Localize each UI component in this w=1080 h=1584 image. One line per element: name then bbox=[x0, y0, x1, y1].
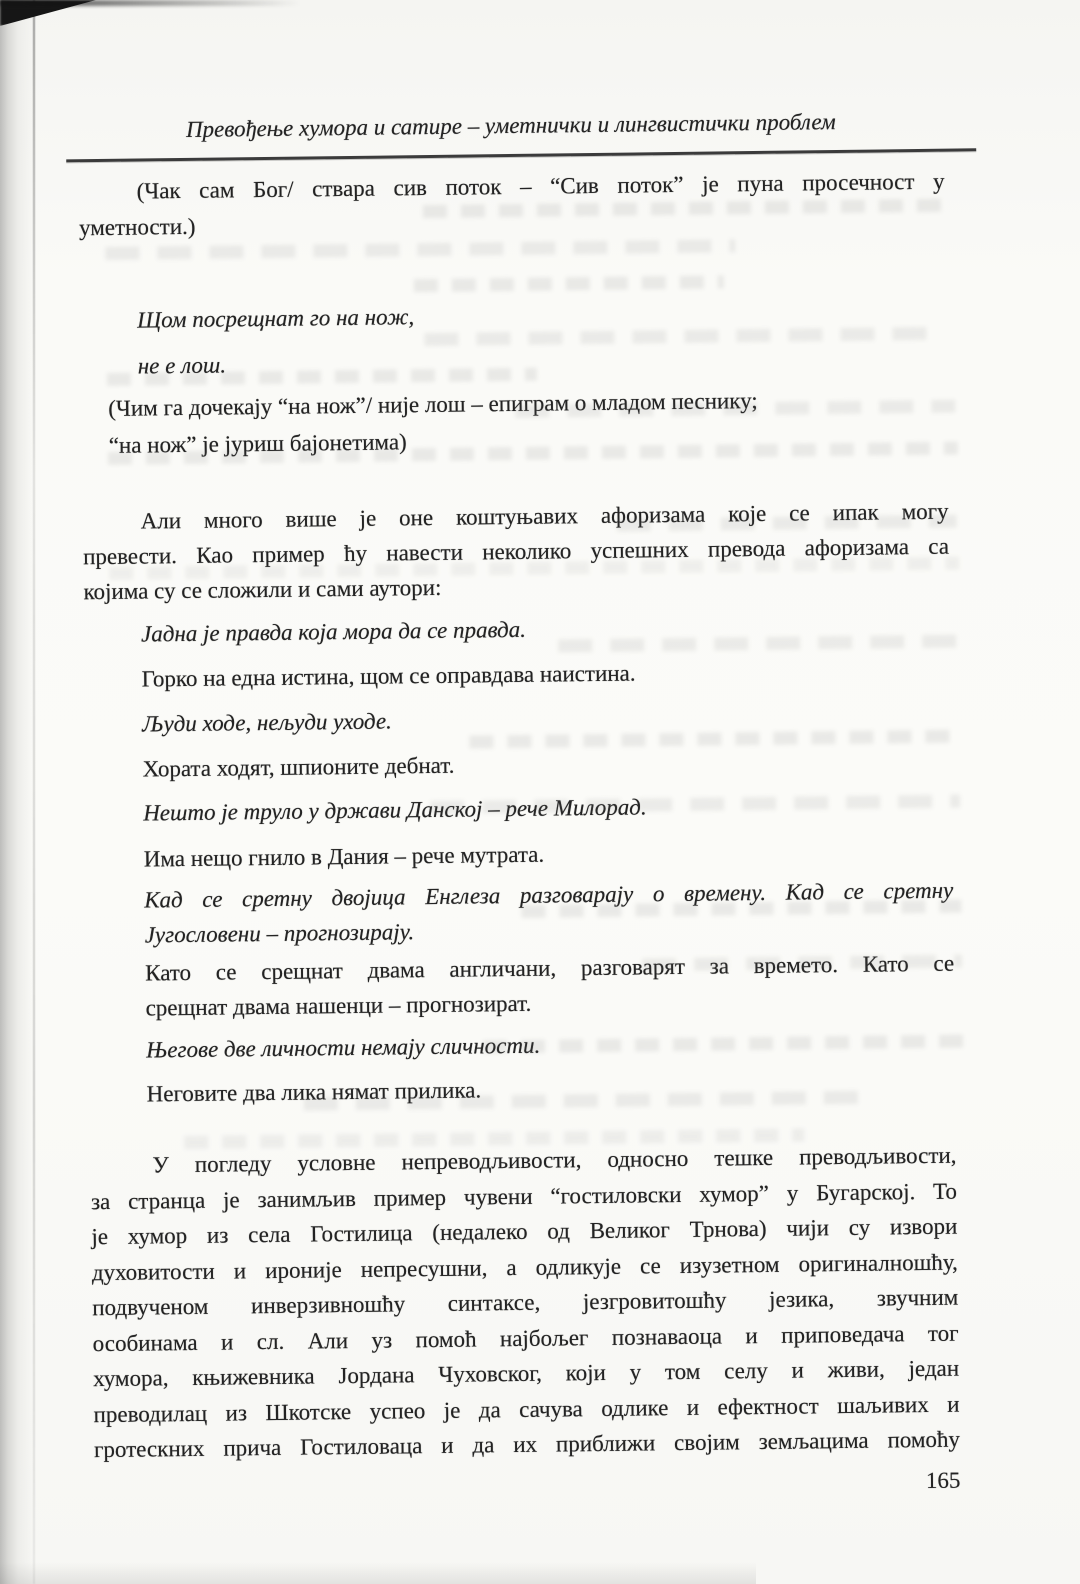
aphorism-bulgarian: Има нещо гнило в Дания – рече мутрата. bbox=[144, 832, 953, 877]
text-line: Хората ходят, шпионите дебнат. bbox=[142, 742, 951, 787]
gostilovski-humor-paragraph: У погледу условне непреводљивости, однос… bbox=[90, 1138, 960, 1468]
page-number: 165 bbox=[94, 1465, 960, 1506]
aphorism-bulgarian: Хората ходят, шпионите дебнат. bbox=[142, 742, 951, 787]
page-edge-shadow bbox=[0, 0, 34, 1584]
page-edge-crease bbox=[33, 0, 35, 1584]
scan-surface: Превођење хумора и сатире – уметнички и … bbox=[0, 0, 1080, 1584]
running-header: Превођење хумора и сатире – уметнички и … bbox=[78, 106, 944, 147]
aphorism-bulgarian: Горко на една истина, щом се оправдава н… bbox=[141, 652, 950, 697]
scan-bottom-shade bbox=[0, 1562, 756, 1584]
text-line: Горко на една истина, щом се оправдава н… bbox=[141, 652, 950, 697]
aphorisms-intro-paragraph: Али много више је оне коштуњавих афориза… bbox=[82, 494, 949, 610]
text-line: Има нещо гнило в Дания – рече мутрата. bbox=[144, 832, 953, 877]
scanned-page: Превођење хумора и сатире – уметнички и … bbox=[0, 0, 1080, 1584]
scan-top-edge-artifact bbox=[0, 0, 300, 6]
header-rule bbox=[66, 148, 976, 162]
